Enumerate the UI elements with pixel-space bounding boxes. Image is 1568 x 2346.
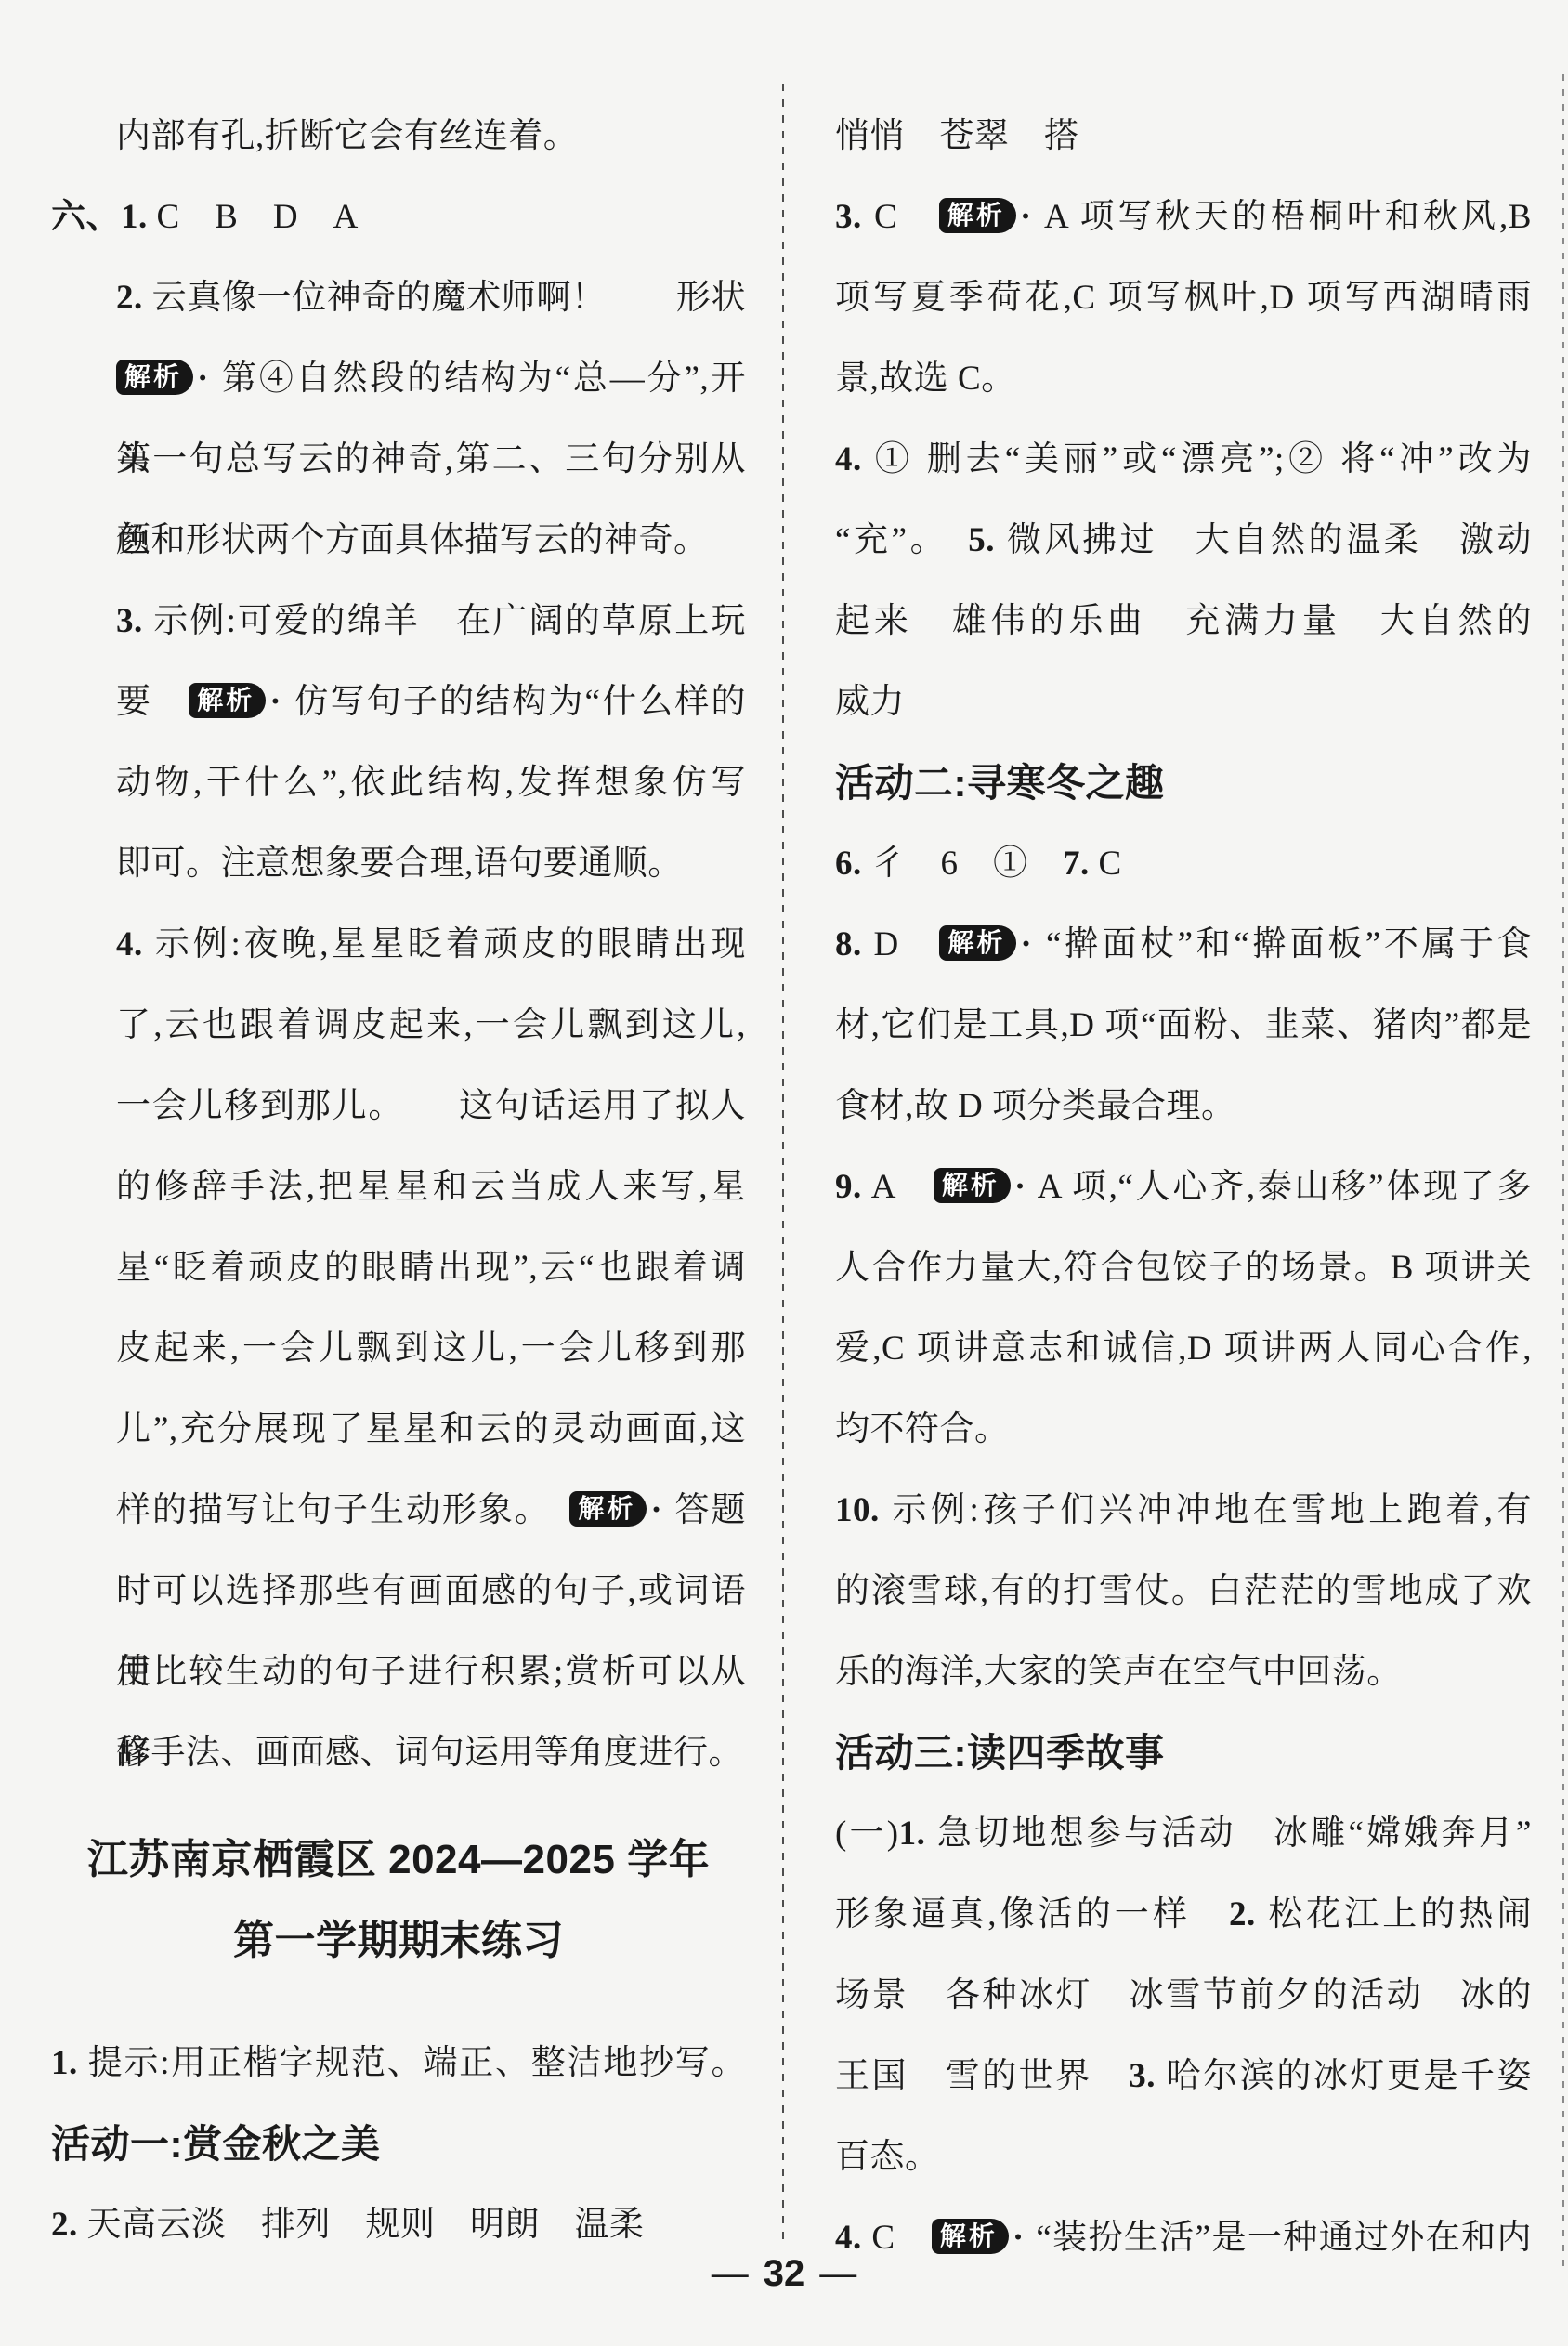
text-run: 一会儿移到那儿。 这句话运用了拟人: [116, 1087, 746, 1125]
text-run: 样的描写让句子生动形象。: [116, 1491, 569, 1529]
item-number: 9.: [835, 1168, 862, 1206]
text-run: A: [862, 1168, 934, 1206]
text-line-left-9: 动物,干什么”,依此结构,发挥想象仿写: [51, 742, 746, 823]
item-number: 5.: [968, 521, 995, 559]
text-run: 示例:夜晚,星星眨着顽皮的眼睛出现: [143, 925, 746, 963]
item-number: 2.: [1229, 1895, 1256, 1933]
text-line-right-22: (一)1. 急切地想参与活动 冰雕“嫦娥奔月”: [835, 1793, 1532, 1874]
text-run: 示例:可爱的绵羊 在广阔的草原上玩: [143, 602, 746, 640]
text-run: “擀面杖”和“擀面板”不属于食: [1034, 925, 1532, 963]
badge-dot: ·: [650, 1491, 662, 1529]
text-line-left-14: 的修辞手法,把星星和云当成人来写,星: [51, 1147, 746, 1227]
jiexi-analysis-badge: 解析: [116, 360, 193, 395]
badge-dot: ·: [269, 683, 281, 721]
text-run: 百态。: [835, 2138, 940, 2176]
text-run: 场景 各种冰灯 冰雪节前夕的活动 冰的: [835, 1976, 1532, 2014]
badge-dot: ·: [197, 360, 209, 398]
text-line-right-26: 百态。: [835, 2117, 1532, 2197]
item-number: 2.: [51, 2206, 78, 2244]
text-line-right-2: 3. C 解析· A 项写秋天的梧桐叶和秋风,B: [835, 177, 1532, 257]
text-run: C: [1090, 845, 1122, 883]
text-line-right-15: 人合作力量大,符合包饺子的场景。B 项讲关: [835, 1227, 1532, 1308]
text-line-left-4: 解析· 第④自然段的结构为“总—分”,开头: [51, 338, 746, 419]
text-line-right-23: 形象逼真,像活的一样 2. 松花江上的热闹: [835, 1874, 1532, 1955]
text-run: 即可。注意想象要合理,语句要通顺。: [116, 845, 683, 883]
text-run: 辞手法、画面感、词句运用等角度进行。: [116, 1734, 743, 1772]
text-line-left-7: 3. 示例:可爱的绵羊 在广阔的草原上玩: [51, 581, 746, 662]
text-line-right-19: 的滚雪球,有的打雪仗。白茫茫的雪地成了欢: [835, 1551, 1532, 1632]
text-run: 爱,C 项讲意志和诚信,D 项讲两人同心合作,: [835, 1330, 1532, 1368]
jiexi-analysis-badge: 解析: [939, 198, 1016, 233]
right-text-column: 悄悄 苍翠 搭3. C 解析· A 项写秋天的梧桐叶和秋风,B项写夏季荷花,C …: [835, 96, 1532, 2278]
badge-dot: ·: [1014, 1168, 1026, 1206]
text-line-right-21: 活动三:读四季故事: [835, 1712, 1532, 1793]
text-line-right-18: 10. 示例:孩子们兴冲冲地在雪地上跑着,有: [835, 1470, 1532, 1551]
left-text-column: 内部有孔,折断它会有丝连着。六、1. C B D A2. 云真像一位神奇的魔术师…: [51, 96, 746, 2265]
text-line-right-13: 食材,故 D 项分类最合理。: [835, 1066, 1532, 1147]
text-line-left-3: 2. 云真像一位神奇的魔术师啊！ 形状: [51, 257, 746, 338]
text-run: 均不符合。: [835, 1410, 1010, 1448]
page-number-right-dash: —: [819, 2253, 856, 2294]
text-run: 第一学期期末练习: [233, 1918, 564, 1963]
text-run: 内部有孔,折断它会有丝连着。: [116, 117, 578, 155]
text-run: 材,它们是工具,D 项“面粉、韭菜、猪肉”都是: [835, 1006, 1532, 1044]
jiexi-analysis-badge: 解析: [939, 925, 1016, 961]
text-run: 活动二:寻寒冬之趣: [835, 761, 1165, 805]
text-run: 乐的海洋,大家的笑声在空气中回荡。: [835, 1653, 1402, 1691]
text-run: 形象逼真,像活的一样: [835, 1895, 1229, 1933]
column-divider-dashed-line: [782, 84, 784, 2248]
text-line-right-7: 起来 雄伟的乐曲 充满力量 大自然的: [835, 581, 1532, 662]
text-line-right-9: 活动二:寻寒冬之趣: [835, 742, 1532, 823]
text-line-left-24: 1. 提示:用正楷字规范、端正、整洁地抄写。: [51, 2023, 746, 2104]
text-run: 动物,干什么”,依此结构,发挥想象仿写: [116, 764, 746, 802]
item-number: 六、1.: [51, 198, 148, 236]
text-line-left-25: 活动一:赏金秋之美: [51, 2104, 746, 2184]
jiexi-analysis-badge: 解析: [932, 2219, 1009, 2254]
text-line-right-8: 威力: [835, 662, 1532, 742]
text-line-right-16: 爱,C 项讲意志和诚信,D 项讲两人同心合作,: [835, 1308, 1532, 1389]
text-line-left-15: 星“眨着顽皮的眼睛出现”,云“也跟着调: [51, 1227, 746, 1308]
item-number: 4.: [835, 440, 862, 478]
text-line-right-3: 项写夏季荷花,C 项写枫叶,D 项写西湖晴雨: [835, 257, 1532, 338]
item-number: 1.: [51, 2044, 78, 2082]
text-line-left-21: 辞手法、画面感、词句运用等角度进行。: [51, 1712, 746, 1793]
text-line-left-10: 即可。注意想象要合理,语句要通顺。: [51, 823, 746, 904]
text-run: D: [862, 925, 940, 963]
text-run: 的修辞手法,把星星和云当成人来写,星: [116, 1168, 746, 1206]
text-line-left-13: 一会儿移到那儿。 这句话运用了拟人: [51, 1066, 746, 1147]
text-run: 仿写句子的结构为“什么样的: [283, 683, 746, 721]
text-line-right-10: 6. 彳 6 ① 7. C: [835, 823, 1532, 904]
text-line-left-16: 皮起来,一会儿飘到这儿,一会儿移到那: [51, 1308, 746, 1389]
item-number: 7.: [1063, 845, 1090, 883]
item-number: 3.: [835, 198, 862, 236]
scanned-answer-page: { "colors":{ "paper":"#f5f5f3", "ink":"#…: [0, 0, 1568, 2346]
text-run: 食材,故 D 项分类最合理。: [835, 1087, 1235, 1125]
text-line-left-11: 4. 示例:夜晚,星星眨着顽皮的眼睛出现: [51, 904, 746, 985]
item-number: 2.: [116, 279, 143, 317]
text-line-left-18: 样的描写让句子生动形象。 解析· 答题: [51, 1470, 746, 1551]
page-edge-dashed-line: [1562, 74, 1564, 2267]
text-line-left-6: 色和形状两个方面具体描写云的神奇。: [51, 500, 746, 581]
text-run: 示例:孩子们兴冲冲地在雪地上跑着,有: [880, 1491, 1532, 1529]
text-run: 活动一:赏金秋之美: [51, 2122, 381, 2166]
item-number: 4.: [116, 925, 143, 963]
text-line-left-23: 第一学期期末练习: [51, 1900, 746, 1981]
badge-dot: ·: [1020, 198, 1032, 236]
text-run: (一): [835, 1815, 899, 1853]
text-run: 星“眨着顽皮的眼睛出现”,云“也跟着调: [116, 1249, 746, 1287]
text-line-right-6: “充”。 5. 微风拂过 大自然的温柔 激动: [835, 500, 1532, 581]
text-run: 松花江上的热闹: [1256, 1895, 1532, 1933]
text-line-right-4: 景,故选 C。: [835, 338, 1532, 419]
text-line-right-12: 材,它们是工具,D 项“面粉、韭菜、猪肉”都是: [835, 985, 1532, 1066]
text-run: 项写夏季荷花,C 项写枫叶,D 项写西湖晴雨: [835, 279, 1532, 317]
text-run: 答题: [664, 1491, 746, 1529]
text-line-right-17: 均不符合。: [835, 1389, 1532, 1470]
page-number-value: 32: [764, 2253, 805, 2294]
text-run: 起来 雄伟的乐曲 充满力量 大自然的: [835, 602, 1532, 640]
text-run: ① 删去“美丽”或“漂亮”;② 将“冲”改为: [862, 440, 1532, 478]
text-run: 人合作力量大,符合包饺子的场景。B 项讲关: [835, 1249, 1532, 1287]
text-run: 提示:用正楷字规范、端正、整洁地抄写。: [78, 2044, 746, 2082]
text-run: 景,故选 C。: [835, 360, 1016, 398]
text-run: 儿”,充分展现了星星和云的灵动画面,这: [116, 1410, 746, 1448]
text-run: “充”。: [835, 521, 968, 559]
item-number: 1.: [899, 1815, 926, 1853]
text-line-right-20: 乐的海洋,大家的笑声在空气中回荡。: [835, 1632, 1532, 1712]
text-line-right-11: 8. D 解析· “擀面杖”和“擀面板”不属于食: [835, 904, 1532, 985]
text-line-left-5: 第一句总写云的神奇,第二、三句分别从颜: [51, 419, 746, 500]
text-run: 江苏南京栖霞区 2024—2025 学年: [87, 1837, 710, 1882]
text-run: 哈尔滨的冰灯更是千姿: [1156, 2057, 1532, 2095]
text-run: 威力: [835, 683, 905, 721]
page-number: —32—: [0, 2250, 1568, 2297]
text-run: 彳 6 ①: [862, 845, 1063, 883]
item-number: 3.: [116, 602, 143, 640]
badge-dot: ·: [1020, 925, 1032, 963]
text-run: 王国 雪的世界: [835, 2057, 1129, 2095]
text-run: 皮起来,一会儿飘到这儿,一会儿移到那: [116, 1330, 746, 1368]
text-run: 的滚雪球,有的打雪仗。白茫茫的雪地成了欢: [835, 1572, 1532, 1610]
text-run: 微风拂过 大自然的温柔 激动: [995, 521, 1532, 559]
text-run: 活动三:读四季故事: [835, 1731, 1165, 1775]
text-line-right-1: 悄悄 苍翠 搭: [835, 96, 1532, 177]
text-line-left-8: 要 解析· 仿写句子的结构为“什么样的: [51, 662, 746, 742]
text-line-left-12: 了,云也跟着调皮起来,一会儿飘到这儿,: [51, 985, 746, 1066]
text-run: 了,云也跟着调皮起来,一会儿飘到这儿,: [116, 1006, 746, 1044]
item-number: 3.: [1129, 2057, 1156, 2095]
text-run: A 项写秋天的梧桐叶和秋风,B: [1034, 198, 1532, 236]
item-number: 6.: [835, 845, 862, 883]
text-run: C: [862, 198, 939, 236]
text-run: 天高云淡 排列 规则 明朗 温柔: [78, 2206, 645, 2244]
text-line-right-25: 王国 雪的世界 3. 哈尔滨的冰灯更是千姿: [835, 2036, 1532, 2117]
text-run: 色和形状两个方面具体描写云的神奇。: [116, 521, 709, 559]
text-run: 云真像一位神奇的魔术师啊！ 形状: [143, 279, 746, 317]
jiexi-analysis-badge: 解析: [189, 683, 266, 718]
text-run: A 项,“人心齐,泰山移”体现了多: [1028, 1168, 1532, 1206]
text-run: 急切地想参与活动 冰雕“嫦娥奔月”: [925, 1815, 1532, 1853]
text-line-left-1: 内部有孔,折断它会有丝连着。: [51, 96, 746, 177]
jiexi-analysis-badge: 解析: [934, 1168, 1011, 1203]
text-line-left-22: 江苏南京栖霞区 2024—2025 学年: [51, 1819, 746, 1900]
item-number: 8.: [835, 925, 862, 963]
text-line-right-14: 9. A 解析· A 项,“人心齐,泰山移”体现了多: [835, 1147, 1532, 1227]
item-number: 10.: [835, 1491, 880, 1529]
text-run: 要: [116, 683, 189, 721]
text-run: 悄悄 苍翠 搭: [835, 117, 1079, 155]
text-line-left-19: 时可以选择那些有画面感的句子,或词语使: [51, 1551, 746, 1632]
text-line-left-20: 用比较生动的句子进行积累;赏析可以从修: [51, 1632, 746, 1712]
text-line-right-24: 场景 各种冰灯 冰雪节前夕的活动 冰的: [835, 1955, 1532, 2036]
jiexi-analysis-badge: 解析: [569, 1491, 647, 1527]
page-number-left-dash: —: [712, 2253, 749, 2294]
text-line-right-5: 4. ① 删去“美丽”或“漂亮”;② 将“冲”改为: [835, 419, 1532, 500]
text-line-left-17: 儿”,充分展现了星星和云的灵动画面,这: [51, 1389, 746, 1470]
text-line-left-2: 六、1. C B D A: [51, 177, 746, 257]
text-run: C B D A: [148, 198, 359, 236]
